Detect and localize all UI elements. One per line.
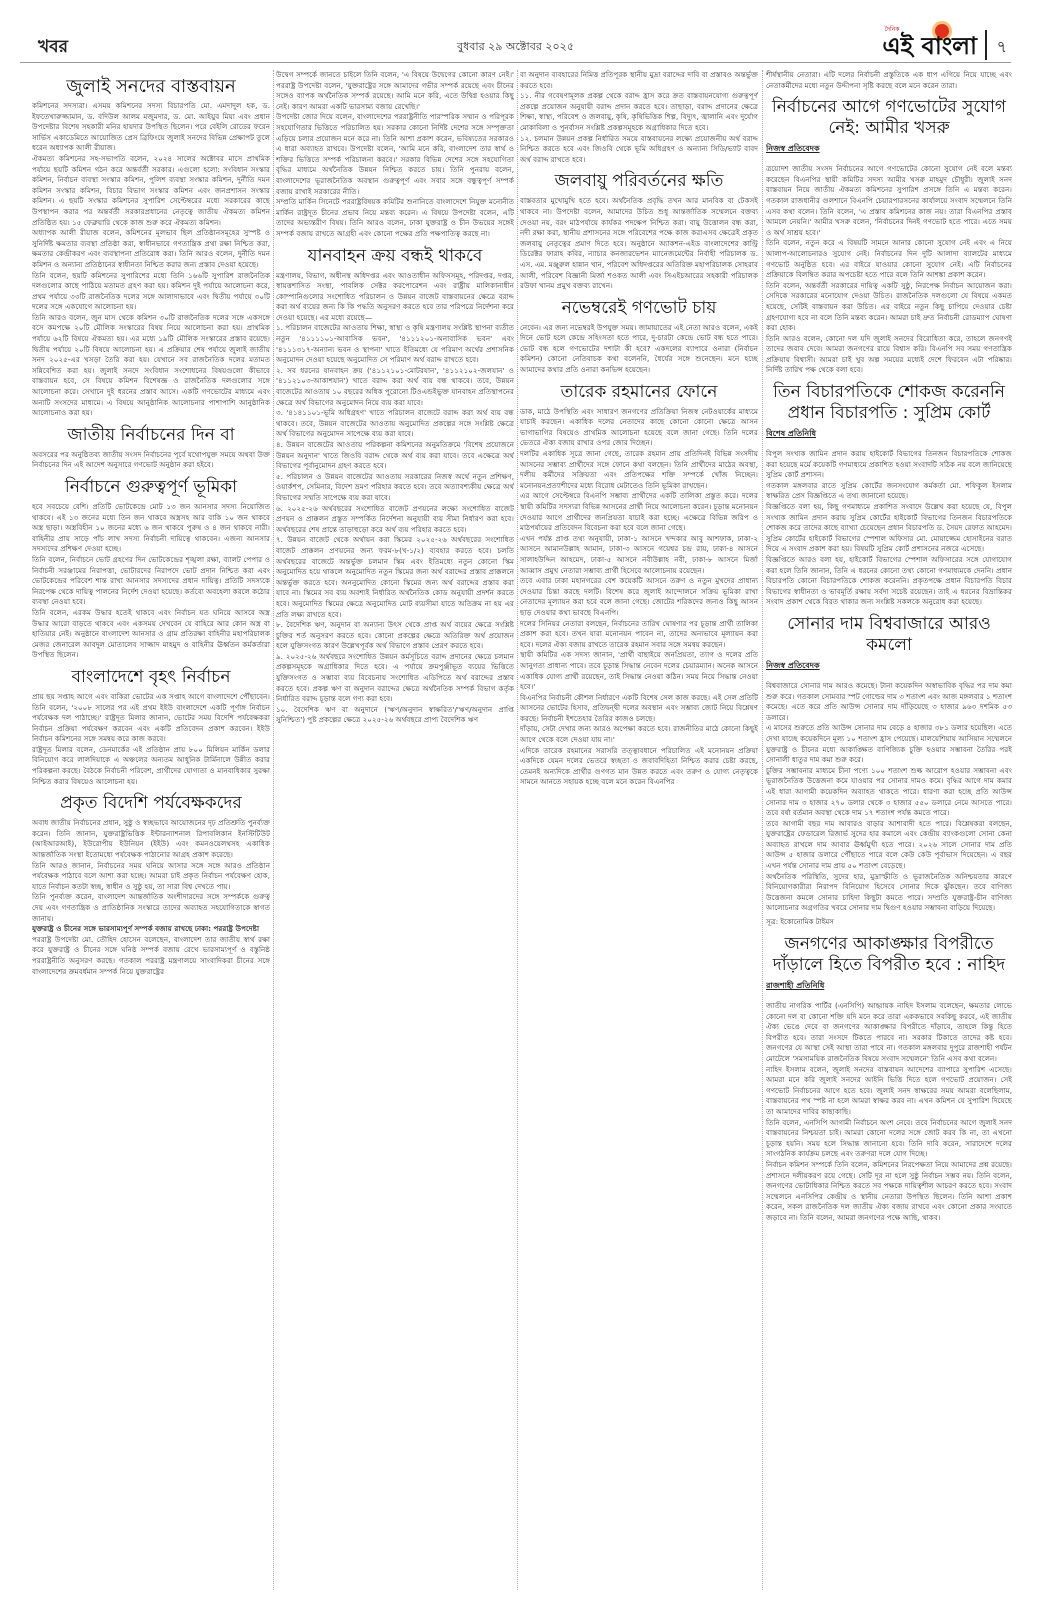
article-paragraph: ৩. '৪১৪১১০১-ভূমি অধিগ্রহণ' খাতে পরিচালন … (276, 408, 514, 440)
issue-date: বুধবার ২৯ অক্টোবর ২০২৫ (20, 38, 1011, 57)
article-paragraph: ডাক, মাঠে উপস্থিতি এবং সাধারণ জনগণের প্র… (520, 407, 758, 449)
article-paragraph: বিপুল সংখ্যক জামিন প্রদান করায় হাইকোর্ট… (766, 449, 1012, 481)
article-paragraph: ৪. উন্নয়ন বাজেটের আওতায় পরিকল্পনা কমিশ… (276, 440, 514, 472)
article-paragraph: দাঁড়ায়, সেটা দেখার জন্য আরও অপেক্ষা কর… (520, 724, 758, 745)
page-number: ৭ (997, 34, 1007, 61)
article-paragraph: বিজ্ঞপ্তিতে আরও বলা হয়, হাইকোর্ট বিভাগে… (766, 555, 1012, 608)
article-paragraph: উপদেষ্টা জোর দিয়ে বলেন, বাংলাদেশের পররা… (276, 112, 514, 197)
headline-supreme-court: তিন বিচারপতিকে শোকজ করেননি প্রধান বিচারপ… (766, 382, 1012, 424)
article-paragraph: তবে আগামী বছর দাম আবারও বাড়ার আশাবাদী হ… (766, 819, 1012, 872)
article-paragraph: ২. সব ধরনের যানবাহন ক্রয় ('৪১১২১০১-মোটর… (276, 366, 514, 408)
article-paragraph: নির্বাচন কমিশন সম্পর্কে তিনি বলেন, কমিশন… (766, 1160, 1012, 1224)
article-paragraph: অর্থনৈতিক পরিস্থিতি, সুদের হার, মুদ্রাস্… (766, 872, 1012, 914)
article-paragraph: শীর্ষস্থানীয় নেতারা। এটি দলের নির্বাচনী… (766, 70, 1012, 91)
logo-text: এই বাংলা (882, 31, 977, 60)
column-divider (273, 70, 274, 1590)
article-paragraph: নেবেন। এর জন্য নভেম্বরই উপযুক্ত সময়। জা… (520, 323, 758, 376)
article-paragraph: তিনি পুনর্ব্যক্ত করেন, বাংলাদেশ আন্তর্জা… (32, 892, 270, 924)
article-paragraph: রাষ্ট্রদূত মিলার বলেন, ডেনমার্কের এই প্র… (32, 745, 270, 787)
article-paragraph: ত্রয়োদশ জাতীয় সংসদ নির্বাচনের আগে গণভো… (766, 164, 1012, 238)
article-paragraph: ৬. ২০২৫-২৬ অর্থবছরের সংশোধিত বাজেট প্রণয… (276, 504, 514, 536)
article-paragraph: সম্প্রতি মার্কিন সিনেটে পররাষ্ট্রবিষয়ক … (276, 197, 514, 239)
article-paragraph: তবে এবার ঢাকা মহানগরের বেশ কয়েকটি আসনে … (520, 576, 758, 618)
masthead: খবর বুধবার ২৯ অক্টোবর ২০২৫ দৈনিক এই বাংল… (20, 28, 1011, 63)
article-paragraph: উদ্বেগ সম্পর্কে জানতে চাইলে তিনি বলেন, '… (276, 70, 514, 112)
article-paragraph: তিনি বলেন, নির্বাচনে ভোট গ্রহণের দিন ভোট… (32, 555, 270, 608)
article-paragraph: এর আগে সেপ্টেম্বরে বিএনপি সম্ভাব্য প্রার… (520, 491, 758, 533)
article-paragraph: ১১. নীর গবেষণামূলক প্রকল্প থেকে বরাদ্দ হ… (520, 91, 758, 133)
article-paragraph: তিনি আরও জানান, নির্বাচনের সময় ঘনিয়ে আ… (32, 861, 270, 893)
article-paragraph: দলের সিনিয়র নেতারা বলছেন, নির্বাচনের তা… (520, 619, 758, 651)
headline-no-referendum-khasru: নির্বাচনের আগে গণভোটের সুযোগ নেই: আমীর খ… (766, 97, 1012, 139)
article-paragraph: ৮. বৈদেশিক ঋণ, অনুদান বা অন্যান্য উৎস থে… (276, 620, 514, 652)
article-paragraph: হবে সবচেয়ে বেশি। প্রতিটি ভোটকেন্দ্রে মো… (32, 502, 270, 555)
headline-november-referendum: নভেম্বরেই গণভোট চায় (520, 298, 758, 319)
column-3: বা অনুদান ব্যবহারের নিমিত্ত প্রতিপূরক স্… (520, 70, 758, 1590)
article-paragraph: ৯. ২০২৫-২৬ অর্থবছরে সংশোধিত উন্নয়ন কর্ম… (276, 652, 514, 705)
byline: নিজস্ব প্রতিবেদক (766, 143, 1012, 156)
article-paragraph: অবাধ জাতীয় নির্বাচনের প্রধান, সুষ্ঠু ও … (32, 818, 270, 860)
byline: বিশেষ প্রতিনিধি (766, 428, 1012, 441)
article-paragraph: এখন পর্যন্ত প্রাপ্ত তথ্য অনুযায়ী, ঢাকা-… (520, 534, 758, 576)
article-paragraph: ৫. পরিচালন ও উন্নয়ন বাজেটের আওতায় সরকা… (276, 472, 514, 504)
article-paragraph: এ মাসের শুরুতে প্রতি আউন্স সোনার দাম বেড… (766, 723, 1012, 765)
article-paragraph: তিনি আরও বলেন, জুন মাস থেকে কমিশন ৩০টি র… (32, 313, 270, 419)
headline-important-role: নির্বাচনে গুরুত্বপূর্ণ ভূমিকা (32, 477, 270, 498)
article-paragraph: মন্ত্রণালয়, বিভাগ, অধীনস্থ অধিদপ্তর এবং… (276, 271, 514, 324)
headline-july-charter: জুলাই সনদের বাস্তবায়ন (32, 76, 270, 97)
article-paragraph: পররাষ্ট্র উপদেষ্টা মো. তৌহিদ হোসেন বলেছে… (32, 935, 270, 977)
column-divider (517, 70, 518, 1590)
article-paragraph: ঐকমত্য কমিশনের সহ-সভাপতি বলেন, ২০২৪ সালে… (32, 154, 270, 228)
article-paragraph: তিনি বলেন, এনসিপি আগামী নির্বাচনে অংশ নে… (766, 1118, 1012, 1160)
headline-climate-change: জলবায়ু পরিবর্তনের ক্ষতি (520, 171, 758, 192)
article-paragraph: দলটির একাধিক সূত্রে জানা গেছে, তারেক রহম… (520, 449, 758, 491)
headline-vehicle-purchase: যানবাহন ক্রয় বন্ধই থাকবে (276, 246, 514, 267)
column-divider (762, 70, 763, 1590)
article-paragraph: জাতীয় নাগরিক পার্টির (এনসিপি) আহ্বায়ক … (766, 1001, 1012, 1065)
article-paragraph: এদিকে তারেক রহমানের সরাসরি তত্ত্বাবধানে … (520, 746, 758, 788)
headline-large-election: বাংলাদেশে বৃহৎ নির্বাচন (32, 667, 270, 688)
article-paragraph: অবসরের পর অনুষ্ঠিতব্য জাতীয় সংসদ নির্বা… (32, 450, 270, 471)
headline-tarique-phone: তারেক রহমানের ফোনে (520, 382, 758, 403)
headline-nahid: জনগণের আকাঙ্ক্ষার বিপরীতে দাঁড়ালে হিতে … (766, 934, 1012, 976)
article-paragraph: বা অনুদান ব্যবহারের নিমিত্ত প্রতিপূরক স্… (520, 70, 758, 91)
masthead-divider (985, 30, 987, 60)
headline-gold-price: সোনার দাম বিশ্ববাজারে আরও কমলো (766, 614, 1012, 656)
article-paragraph: তিনি বলেন, অন্তর্বর্তী সরকারের দায়িত্ব … (766, 281, 1012, 334)
headline-foreign-observers: প্রকৃত বিদেশি পর্যবেক্ষকদের (32, 793, 270, 814)
article-paragraph: বিজ্ঞপ্তিতে বলা হয়, কিছু গণমাধ্যমে প্রক… (766, 502, 1012, 555)
article-paragraph: বিএনপির নির্বাচনী কৌশল নির্ধারণে একটি বি… (520, 693, 758, 725)
article-paragraph: কমিশনের সদস্যরা। এসময় কমিশনের সদস্য বিচ… (32, 101, 270, 154)
article-paragraph: তিনি বলেন, ছয়টি কমিশনের সুপারিশের মধ্যে… (32, 271, 270, 313)
article-paragraph: তিনি আরও বলেন, কোনো দল যদি জুলাই সনদের ব… (766, 334, 1012, 376)
article-paragraph: ৭. উন্নয়ন বাজেট থেকে অর্থায়ন করা স্কিম… (276, 535, 514, 620)
article-paragraph: প্রায় ছয় সপ্তাহ আগে এবং বাকিরা ভোটের এ… (32, 692, 270, 745)
column-2: উদ্বেগ সম্পর্কে জানতে চাইলে তিনি বলেন, '… (276, 70, 514, 1590)
article-paragraph: বিশ্ববাজারে সোনার দাম আরও কমেছে। টানা কয… (766, 681, 1012, 723)
article-paragraph: নাহিদ ইসলাম বলেন, জুলাই সনদের বাস্তবায়ন… (766, 1065, 1012, 1118)
article-paragraph: ১২. চলমান উন্নয়ন প্রকল্প নির্ধারিত সময়… (520, 134, 758, 166)
article-paragraph: অধ্যাপক আলী রীয়াজ বলেন, কমিশনের মূলভাব … (32, 228, 270, 270)
article-paragraph: তিনি বলেন, এরকম উদ্ধার হতেই থাকবে এবং নি… (32, 608, 270, 661)
article-paragraph: চুক্তির সম্ভাবনার মাধ্যমে চীনা পণ্যে ১০০… (766, 766, 1012, 819)
byline: রাজশাহী প্রতিনিধি (766, 980, 1012, 993)
column-4: শীর্ষস্থানীয় নেতারা। এটি দলের নির্বাচনী… (766, 70, 1012, 1590)
headline-election-day: জাতীয় নির্বাচনের দিন বা (32, 425, 270, 446)
source-credit: সূত্র: ইকোনোমিক টাইমস (766, 916, 1012, 928)
article-paragraph: বাস্তবতার মুখোমুখি হতে হবে। অর্থনৈতিক প্… (520, 196, 758, 291)
byline: নিজস্ব প্রতিবেদক (766, 660, 1012, 673)
article-paragraph: তিনি বলেন, নতুন করে এ বিষয়টি সামনে আনার… (766, 238, 1012, 280)
article-paragraph: ১. পরিচালন বাজেটের আওতায় শিক্ষা, স্বাস্… (276, 323, 514, 365)
newspaper-logo: দৈনিক এই বাংলা (882, 28, 977, 68)
column-1: জুলাই সনদের বাস্তবায়ন কমিশনের সদস্যরা। … (32, 70, 270, 1590)
article-paragraph: ১০. বৈদেশিক ঋণ বা অনুদানে ('ঋণ/অনুদান স্… (276, 705, 514, 726)
article-paragraph: স্থায়ী কমিটির এক সদস্য জানান, 'প্রার্থী… (520, 650, 758, 692)
article-paragraph: গতকাল মঙ্গলবার রাতে সুপ্রিম কোর্টের জনসং… (766, 481, 1012, 502)
subheadline: যুক্তরাষ্ট্র ও চীনের সঙ্গে ভারসাম্যপূর্ণ… (32, 924, 270, 935)
